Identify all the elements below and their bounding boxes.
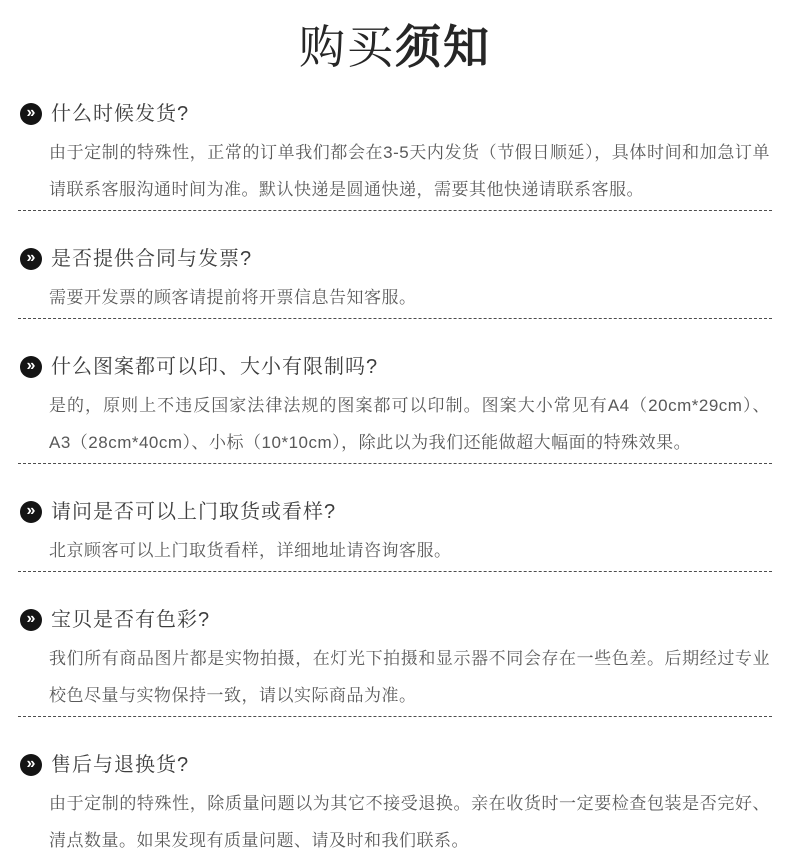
question-row: » 宝贝是否有色彩? [20, 606, 770, 634]
faq-section-color: » 宝贝是否有色彩? 我们所有商品图片都是实物拍摄，在灯光下拍摄和显示器不同会存… [20, 606, 770, 717]
question-row: » 是否提供合同与发票? [20, 245, 770, 273]
double-chevron-icon: » [20, 103, 42, 125]
title-part-bold: 须知 [395, 21, 491, 73]
answer-text: 北京顾客可以上门取货看样，详细地址请咨询客服。 [49, 532, 770, 569]
faq-section-shipping: » 什么时候发货? 由于定制的特殊性，正常的订单我们都会在3-5天内发货（节假日… [20, 100, 770, 211]
question-row: » 请问是否可以上门取货或看样? [20, 498, 770, 526]
faq-section-invoice: » 是否提供合同与发票? 需要开发票的顾客请提前将开票信息告知客服。 [20, 245, 770, 319]
question-heading: 什么图案都可以印、大小有限制吗? [51, 353, 378, 381]
dashed-divider [18, 318, 772, 319]
question-heading: 是否提供合同与发票? [51, 245, 252, 273]
dashed-divider [18, 716, 772, 717]
question-heading: 什么时候发货? [51, 100, 189, 128]
question-heading: 宝贝是否有色彩? [51, 606, 210, 634]
double-chevron-icon: » [20, 754, 42, 776]
title-part-light: 购买 [299, 21, 395, 73]
page-title: 购买须知 [20, 18, 770, 76]
question-heading: 请问是否可以上门取货或看样? [51, 498, 336, 526]
faq-section-pickup: » 请问是否可以上门取货或看样? 北京顾客可以上门取货看样，详细地址请咨询客服。 [20, 498, 770, 572]
double-chevron-icon: » [20, 248, 42, 270]
dashed-divider [18, 571, 772, 572]
answer-text: 由于定制的特殊性，正常的订单我们都会在3-5天内发货（节假日顺延），具体时间和加… [49, 134, 770, 208]
answer-text: 需要开发票的顾客请提前将开票信息告知客服。 [49, 279, 770, 316]
question-row: » 什么图案都可以印、大小有限制吗? [20, 353, 770, 381]
question-row: » 售后与退换货? [20, 751, 770, 779]
faq-section-aftersales: » 售后与退换货? 由于定制的特殊性，除质量问题以为其它不接受退换。亲在收货时一… [20, 751, 770, 859]
double-chevron-icon: » [20, 501, 42, 523]
purchase-notice-page: 购买须知 » 什么时候发货? 由于定制的特殊性，正常的订单我们都会在3-5天内发… [0, 0, 790, 864]
faq-section-pattern-size: » 什么图案都可以印、大小有限制吗? 是的，原则上不违反国家法律法规的图案都可以… [20, 353, 770, 464]
question-heading: 售后与退换货? [51, 751, 189, 779]
question-row: » 什么时候发货? [20, 100, 770, 128]
answer-text: 是的，原则上不违反国家法律法规的图案都可以印制。图案大小常见有A4（20cm*2… [49, 387, 770, 461]
dashed-divider [18, 463, 772, 464]
answer-text: 由于定制的特殊性，除质量问题以为其它不接受退换。亲在收货时一定要检查包装是否完好… [49, 785, 770, 859]
double-chevron-icon: » [20, 609, 42, 631]
dashed-divider [18, 210, 772, 211]
double-chevron-icon: » [20, 356, 42, 378]
answer-text: 我们所有商品图片都是实物拍摄，在灯光下拍摄和显示器不同会存在一些色差。后期经过专… [49, 640, 770, 714]
